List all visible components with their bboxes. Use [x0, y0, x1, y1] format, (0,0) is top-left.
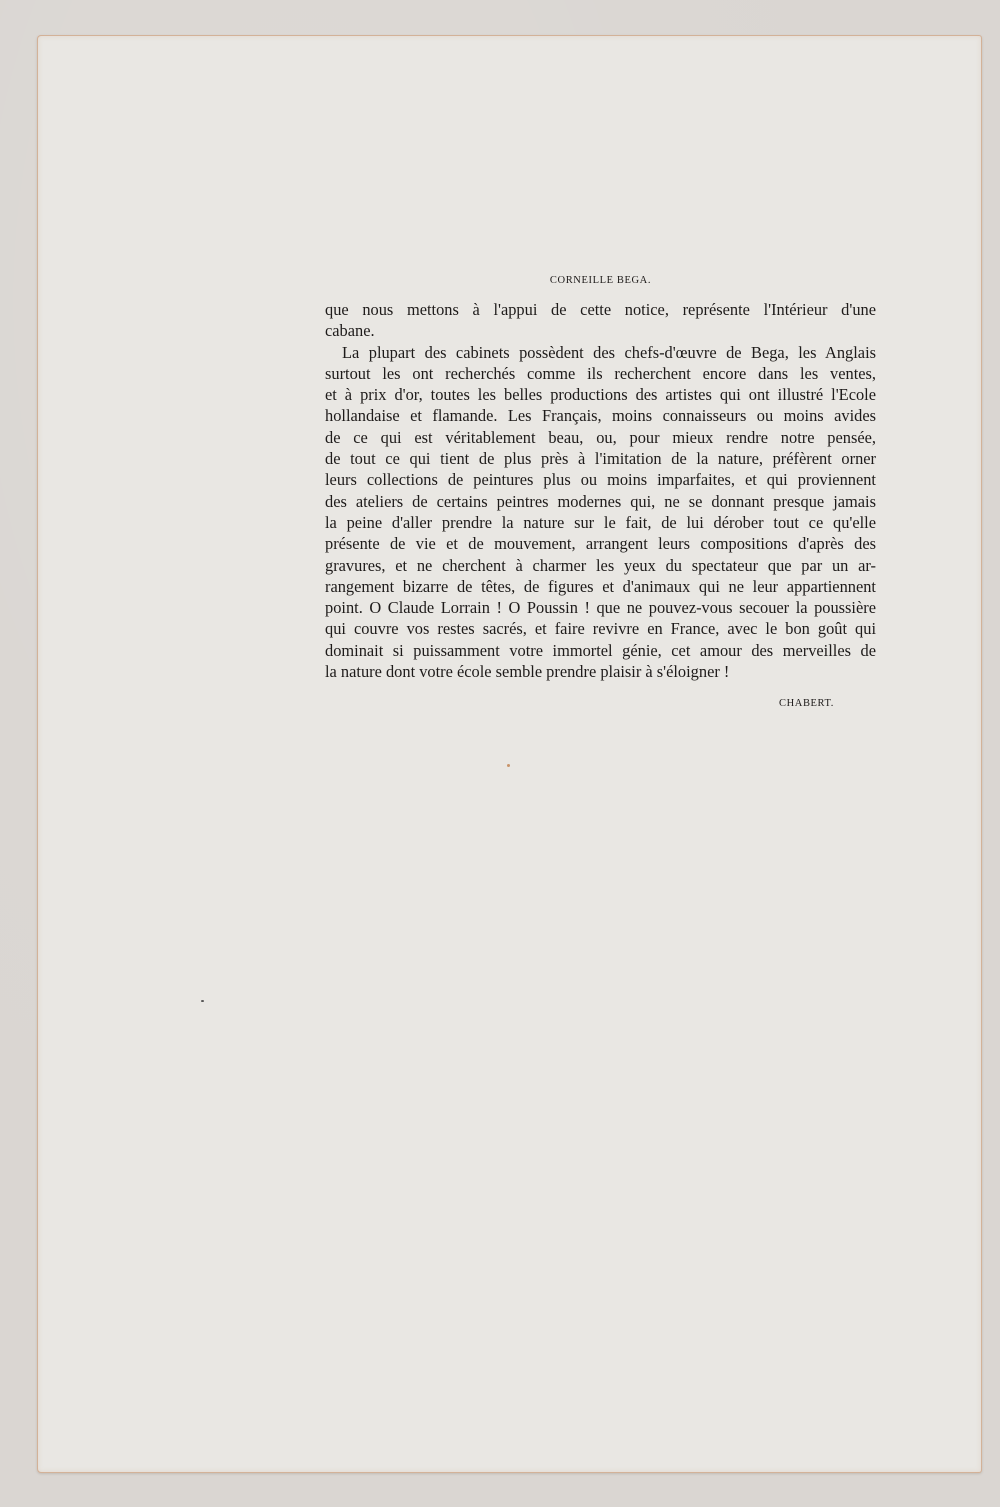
author-signature: CHABERT. [325, 698, 876, 709]
text-line: gravures, et ne cherchent à charmer les … [325, 555, 876, 576]
text-line: de ce qui est véritablement beau, ou, po… [325, 427, 876, 448]
paragraph-continuation: que nous mettons à l'appui de cette noti… [325, 299, 876, 342]
text-line: surtout les ont recherchés comme ils rec… [325, 363, 876, 384]
text-line: dominait si puissamment votre immortel g… [325, 640, 876, 661]
text-line: point. O Claude Lorrain ! O Poussin ! qu… [325, 597, 876, 618]
text-line: que nous mettons à l'appui de cette noti… [325, 299, 876, 320]
text-line: de tout ce qui tient de plus près à l'im… [325, 448, 876, 469]
foxing-spot [507, 764, 510, 767]
text-line: rangement bizarre de têtes, de figures e… [325, 576, 876, 597]
text-line: et à prix d'or, toutes les belles produc… [325, 384, 876, 405]
text-line: cabane. [325, 320, 876, 341]
paragraph-main: La plupart des cabinets possèdent des ch… [325, 342, 876, 683]
text-line: qui couvre vos restes sacrés, et faire r… [325, 618, 876, 639]
running-head: CORNEILLE BEGA. [325, 274, 876, 288]
text-line: des ateliers de certains peintres modern… [325, 491, 876, 512]
text-line: la peine d'aller prendre la nature sur l… [325, 512, 876, 533]
page-text-block: CORNEILLE BEGA. que nous mettons à l'app… [325, 274, 876, 709]
paper-sheet [37, 35, 982, 1473]
text-line: hollandaise et flamande. Les Français, m… [325, 405, 876, 426]
text-line: présente de vie et de mouvement, arrange… [325, 533, 876, 554]
text-line: la nature dont votre école semble prendr… [325, 661, 876, 682]
text-line: leurs collections de peintures plus ou m… [325, 469, 876, 490]
ink-speck [201, 1000, 204, 1002]
text-line: La plupart des cabinets possèdent des ch… [325, 342, 876, 363]
